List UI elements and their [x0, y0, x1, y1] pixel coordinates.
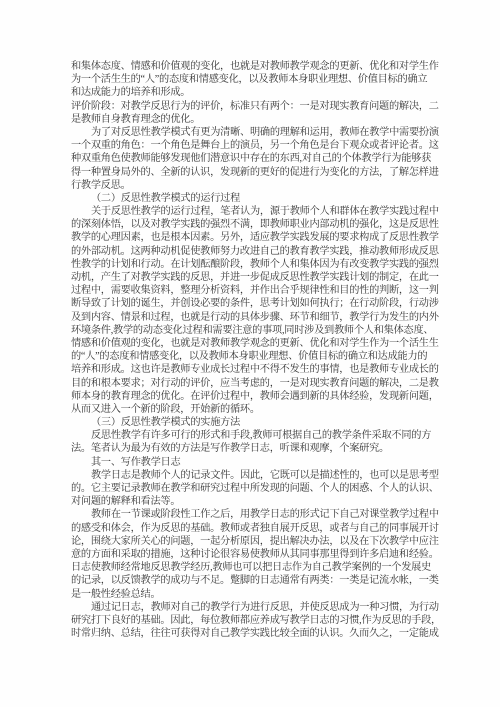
document-line: 关于反思性教学的运行过程，笔者认为，源于教师个人和群体在教学实践过程中 — [71, 205, 443, 218]
document-line: 反思性教学有许多可行的形式和手段,教师可根据自己的教学条件采取不同的方 — [71, 429, 443, 442]
document-line: 得一种置身局外的、全新的认识，发现新的更好的促进行为变化的方法，了解怎样进 — [71, 166, 443, 179]
document-line: 意的方面和采取的措施，这种讨论很容易使教师从其同事那里得到许多启迪和经验。 — [71, 548, 443, 561]
document-line: 教学的心理因素，也是根本因素。另外，适应教学实践发展的要求构成了反思性教学 — [71, 231, 443, 244]
document-line: 日志使教师经常地反思教学经历,教师也可以把日志作为自己教学案例的一个发展史 — [71, 561, 443, 574]
document-line: 目的和根本要求；对行动的评价，应当考虑的，一是对现实教育问题的解决，二是教 — [71, 377, 443, 390]
document-line: 的感受和体会，作为反思的基础。教师或者独自展开反思，或者与自己的同事展开讨 — [71, 522, 443, 535]
document-line: 教学日志是教师个人的记录文件。因此，它既可以是描述性的，也可以是思考型 — [71, 469, 443, 482]
document-line: 行教学反思。 — [71, 179, 443, 192]
document-line: 其一、写作教学日志 — [71, 456, 443, 469]
document-line: 时常归纳、总结，往往可获得对自己教学实践比较全面的认识。久而久之，一定能成 — [71, 627, 443, 640]
document-line: 及到内容、情景和过程，也就是行动的具体步骤、环节和细节，教学行为发生的内外 — [71, 311, 443, 324]
document-line: 培养和形成。这也许是教师专业成长过程中不得不发生的事情，也是教师专业成长的 — [71, 363, 443, 376]
document-line: 为一个活生生的“人”的态度和情感变化，以及教师本身职业理想、价值目标的确立 — [71, 73, 443, 86]
document-line: 性教学的计划和行动。在计划酝酿阶段，教师个人和集体因为有改变教学实践的强烈 — [71, 258, 443, 271]
document-line: 和集体态度、情感和价值观的变化，也就是对教师教学观念的更新、优化和对学生作 — [71, 60, 443, 73]
document-line: 为了对反思性教学模式有更为清晰、明确的理解和运用，教师在教学中需要扮演 — [71, 126, 443, 139]
document-line: 种双重角色使教师能够发现他们潜意识中存在的东西,对自己的个体教学行为能够获 — [71, 152, 443, 165]
document-line: 的。它主要记录教师在教学和研究过程中所发现的问题、个人的困惑、个人的认识、 — [71, 482, 443, 495]
document-line: 从而又进入一个新的阶段，开始新的循环。 — [71, 403, 443, 416]
document-line: 和达成能力的培养和形成。 — [71, 86, 443, 99]
document-line: 过程中，需要收集资料，整理分析资料，并作出合乎规律性和目的性的判断，这一判 — [71, 284, 443, 297]
document-line: 的“人”的态度和情感变化，以及教师本身职业理想、价值目标的确立和达成能力的 — [71, 350, 443, 363]
document-line: 是教师自身教育理念的优化。 — [71, 113, 443, 126]
document-line: 法。笔者认为最为有效的方法是写作教学日志，听课和观摩，个案研究。 — [71, 442, 443, 455]
document-line: 通过记日志，教师对自己的教学行为进行反思，并使反思成为一种习惯，为行动 — [71, 601, 443, 614]
document-line: 环境条件,教学的动态变化过程和需要注意的事项,同时涉及到教师个人和集体态度、 — [71, 324, 443, 337]
document-line: 断导致了计划的诞生，并创设必要的条件，思考计划如何执行；在行动阶段，行动涉 — [71, 297, 443, 310]
document-text: 和集体态度、情感和价值观的变化，也就是对教师教学观念的更新、优化和对学生作为一个… — [71, 60, 443, 640]
document-line: 的深刻体悟，以及对教学实践的强烈不满，即教师职业内部动机的强化，这是反思性 — [71, 218, 443, 231]
document-page: 和集体态度、情感和价值观的变化，也就是对教师教学观念的更新、优化和对学生作为一个… — [0, 0, 500, 707]
document-line: （三）反思性教学模式的实施方法 — [71, 416, 443, 429]
document-line: 的记录，以反馈教学的成功与不足。蹩脚的日志通常有两类：一类是记流水帐，一类 — [71, 574, 443, 587]
document-line: 教师在一节课或阶段性工作之后，用教学日志的形式记下自己对课堂教学过程中 — [71, 508, 443, 521]
document-line: 论，围绕大家所关心的问题，一起分析原因，提出解决办法，以及在下次教学中应注 — [71, 535, 443, 548]
document-line: 情感和价值观的变化，也就是对教师教学观念的更新、优化和对学生作为一个活生生 — [71, 337, 443, 350]
document-line: （二）反思性教学模式的运行过程 — [71, 192, 443, 205]
document-line: 对问题的解释和看法等。 — [71, 495, 443, 508]
document-line: 师本身的教育理念的优化。在评价过程中，教师会遇到新的具体经验，发现新问题， — [71, 390, 443, 403]
document-line: 动机，产生了对教学实践的反思，并进一步促成反思性教学实践计划的制定，在此一 — [71, 271, 443, 284]
document-line: 是一般性经验总结。 — [71, 588, 443, 601]
document-line: 评价阶段：对教学反思行为的评价，标准只有两个：一是对现实教育问题的解决，二 — [71, 100, 443, 113]
document-line: 的外部动机。这两种动机促使教师努力改进自己的教育教学实践，推动教师形成反思 — [71, 245, 443, 258]
document-line: 研究打下良好的基础。因此，每位教师都应养成写教学日志的习惯,作为反思的手段， — [71, 614, 443, 627]
document-line: 一个双重的角色：一个角色是舞台上的演员，另一个角色是台下观众或者评论者。这 — [71, 139, 443, 152]
